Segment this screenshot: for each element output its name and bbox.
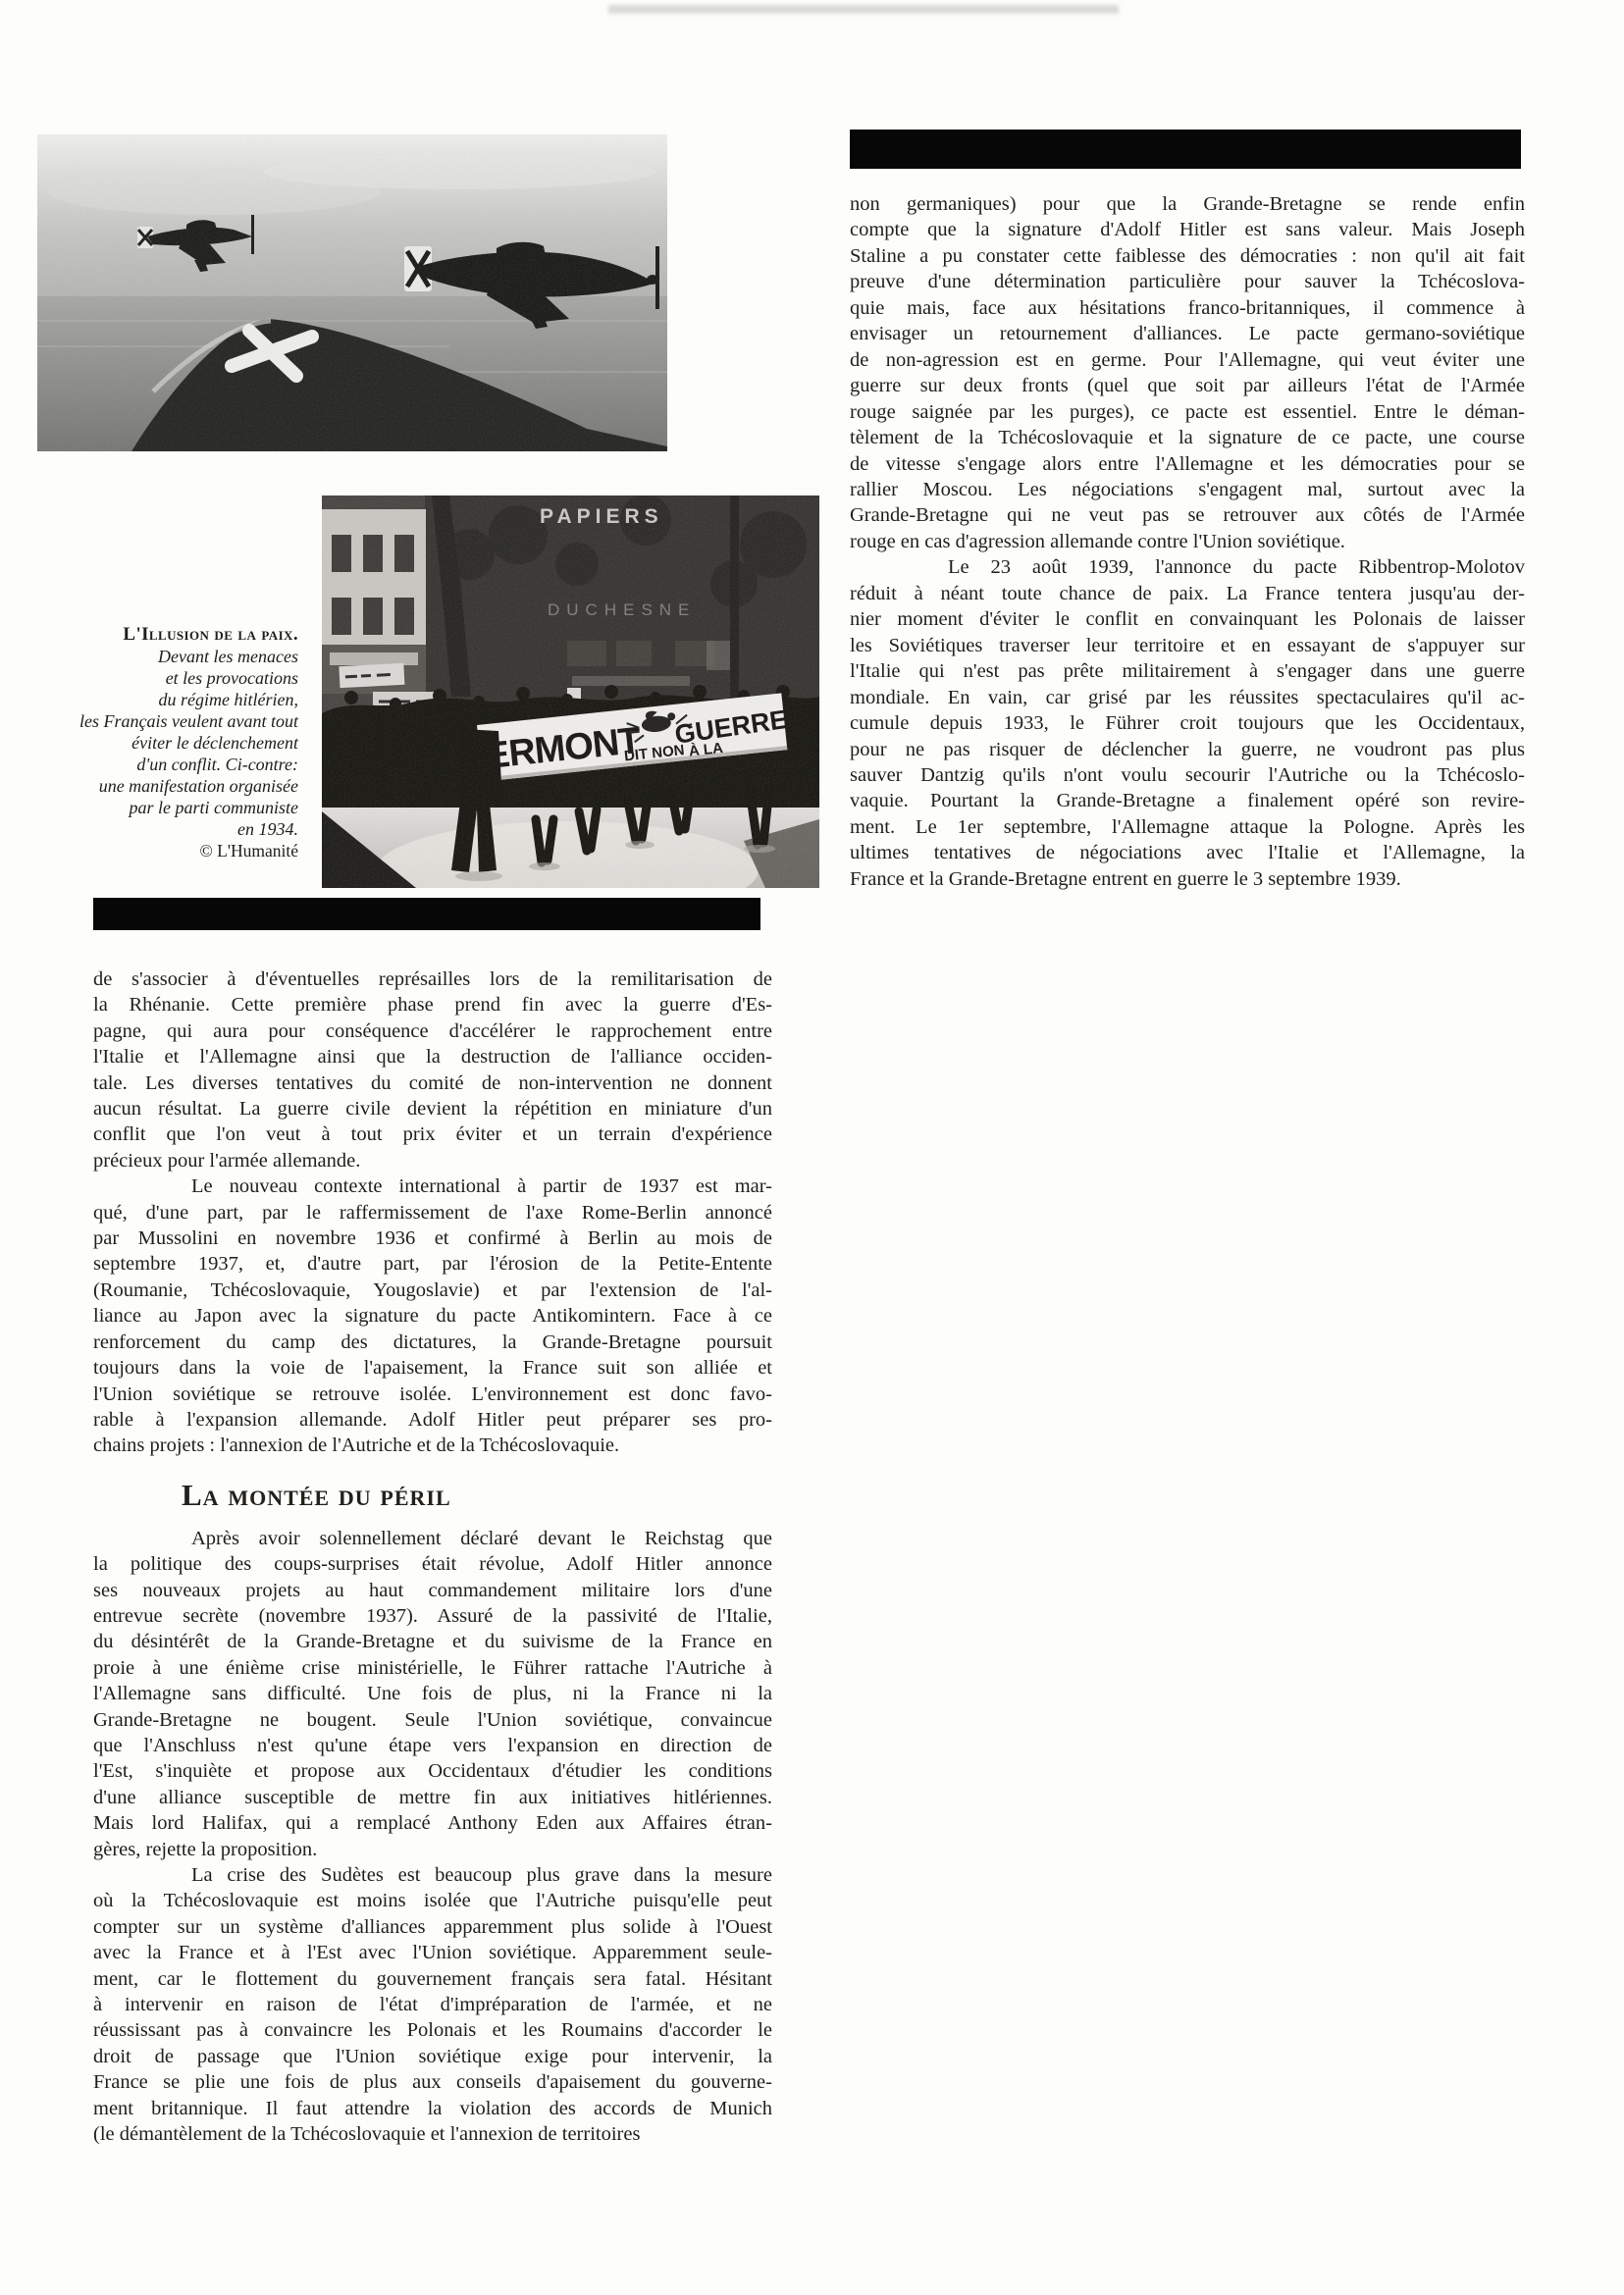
text-line: une manifestation organisée: [37, 775, 298, 797]
text-line: non germaniques) pour que la Grande-Bret…: [850, 191, 1525, 217]
paragraph: Le nouveau contexte international à part…: [93, 1174, 772, 1458]
scanned-book-page: L'Illusion de la paix. Devant les menace…: [0, 0, 1624, 2295]
text-line: ultimes tentatives de négociations avec …: [850, 840, 1525, 865]
text-line: du régime hitlérien,: [37, 689, 298, 710]
text-line: quie mais, face aux hésitations franco-b…: [850, 295, 1525, 321]
text-line: compter sur un système d'alliances appar…: [93, 1914, 772, 1940]
text-line: les Soviétiques traverser leur territoir…: [850, 633, 1525, 658]
paragraph: La crise des Sudètes est beaucoup plus g…: [93, 1862, 772, 2147]
photo-condor-legion-planes: [37, 134, 667, 451]
text-line: preuve d'une détermination particulière …: [850, 269, 1525, 294]
text-line: chains projets : l'annexion de l'Autrich…: [93, 1433, 772, 1458]
text-line: Staline a pu constater cette faiblesse d…: [850, 243, 1525, 269]
text-line: éviter le déclenchement: [37, 732, 298, 754]
text-line: La crise des Sudètes est beaucoup plus g…: [93, 1862, 772, 1888]
text-line: France et la Grande-Bretagne entrent en …: [850, 866, 1525, 892]
demonstration-photo-illustration: PAPIERS DUCHESNE: [322, 496, 819, 888]
text-line: et les provocations: [37, 667, 298, 689]
text-line: par Mussolini en novembre 1936 et confir…: [93, 1226, 772, 1251]
text-line: précieux pour l'armée allemande.: [93, 1148, 772, 1174]
text-line: de vitesse s'engage alors entre l'Allema…: [850, 451, 1525, 477]
text-line: de s'associer à d'éventuelles représaill…: [93, 966, 772, 992]
text-line: la politique des coups-surprises était r…: [93, 1551, 772, 1577]
text-line: vaquie. Pourtant la Grande-Bretagne a fi…: [850, 788, 1525, 813]
section-heading: La montée du péril: [182, 1479, 772, 1512]
section-rule-left: [93, 898, 760, 930]
text-line: par le parti communiste: [37, 797, 298, 818]
photo-antiwar-demonstration: PAPIERS DUCHESNE: [322, 496, 819, 888]
text-line: liance au Japon avec la signature du pac…: [93, 1303, 772, 1329]
text-line: en 1934.: [37, 818, 298, 840]
paragraph: Après avoir solennellement déclaré devan…: [93, 1526, 772, 1862]
text-line: réussissant pas à convaincre les Polonai…: [93, 2017, 772, 2043]
text-line: (Roumanie, Tchécoslovaquie, Yougoslavie)…: [93, 1278, 772, 1303]
section-rule-right: [850, 130, 1521, 169]
text-line: de non-agression est en germe. Pour l'Al…: [850, 347, 1525, 373]
planes-photo-illustration: [37, 134, 667, 451]
text-line: l'Union soviétique se retrouve isolée. L…: [93, 1382, 772, 1407]
text-line: Grande-Bretagne qui ne veut pas se retro…: [850, 502, 1525, 528]
text-line: ment. Le 1er septembre, l'Allemagne atta…: [850, 814, 1525, 840]
paragraph: de s'associer à d'éventuelles représaill…: [93, 966, 772, 1174]
text-line: les Français veulent avant tout: [37, 710, 298, 732]
text-line: mondiale. En vain, car grisé par les réu…: [850, 685, 1525, 710]
text-line: ment britannique. Il faut attendre la vi…: [93, 2096, 772, 2121]
text-line: l'Italie et l'Allemagne ainsi que la des…: [93, 1044, 772, 1069]
text-line: d'un conflit. Ci-contre:: [37, 754, 298, 775]
text-line: Le nouveau contexte international à part…: [93, 1174, 772, 1199]
text-line: Après avoir solennellement déclaré devan…: [93, 1526, 772, 1551]
text-line: l'Est, s'inquiète et propose aux Occiden…: [93, 1758, 772, 1784]
scan-smudge: [608, 5, 1119, 14]
text-line: avec la France et à l'Est avec l'Union s…: [93, 1940, 772, 1965]
text-line: aucun résultat. La guerre civile devient…: [93, 1096, 772, 1121]
text-line: l'Italie qui n'est pas prête militaireme…: [850, 658, 1525, 684]
text-line: ment, car le flottement du gouvernement …: [93, 1966, 772, 1992]
text-line: Mais lord Halifax, qui a remplacé Anthon…: [93, 1810, 772, 1836]
text-line: nier moment d'éviter le conflit en conva…: [850, 606, 1525, 632]
text-line: compte que la signature d'Adolf Hitler e…: [850, 217, 1525, 242]
text-line: envisager un retournement d'alliances. L…: [850, 321, 1525, 346]
caption-title: L'Illusion de la paix.: [37, 624, 298, 646]
text-line: Le 23 août 1939, l'annonce du pacte Ribb…: [850, 554, 1525, 580]
text-line: cumule depuis 1933, le Führer croit touj…: [850, 710, 1525, 736]
text-line: pour ne pas risquer de déclencher la gue…: [850, 737, 1525, 762]
text-line: rouge en cas d'agression allemande contr…: [850, 529, 1525, 554]
text-line: renforcement du camp des dictatures, la …: [93, 1330, 772, 1355]
text-line: (le démantèlement de la Tchécoslovaquie …: [93, 2121, 772, 2147]
text-line: à intervenir en raison de l'état d'impré…: [93, 1992, 772, 2017]
text-line: toujours dans la voie de l'apaisement, l…: [93, 1355, 772, 1381]
text-line: proie à une énième crise ministérielle, …: [93, 1655, 772, 1681]
text-line: que l'Anschluss n'est qu'une étape vers …: [93, 1733, 772, 1758]
paragraph: non germaniques) pour que la Grande-Bret…: [850, 191, 1525, 554]
text-line: sauver Dantzig qu'ils n'ont voulu secour…: [850, 762, 1525, 788]
text-line: rallier Moscou. Les négociations s'engag…: [850, 477, 1525, 502]
right-column: non germaniques) pour que la Grande-Bret…: [850, 191, 1525, 892]
text-line: septembre 1937, et, d'autre part, par l'…: [93, 1251, 772, 1277]
text-line: entrevue secrète (novembre 1937). Assuré…: [93, 1603, 772, 1629]
caption-credit: © L'Humanité: [37, 840, 298, 861]
text-line: tale. Les diverses tentatives du comité …: [93, 1070, 772, 1096]
text-line: ses nouveaux projets au haut commandemen…: [93, 1578, 772, 1603]
caption-body: Devant les menaceset les provocationsdu …: [37, 646, 298, 840]
text-line: réduit à néant toute chance de paix. La …: [850, 581, 1525, 606]
text-line: Devant les menaces: [37, 646, 298, 667]
text-line: rouge saignée par les purges), ce pacte …: [850, 399, 1525, 425]
text-line: où la Tchécoslovaquie est moins isolée q…: [93, 1888, 772, 1913]
text-line: la Rhénanie. Cette première phase prend …: [93, 992, 772, 1017]
text-line: Grande-Bretagne ne bougent. Seule l'Unio…: [93, 1707, 772, 1733]
text-line: France se plie une fois de plus aux cons…: [93, 2069, 772, 2095]
text-line: l'Allemagne sans difficulté. Une fois de…: [93, 1681, 772, 1706]
text-line: d'une alliance susceptible de mettre fin…: [93, 1785, 772, 1810]
text-line: droit de passage que l'Union soviétique …: [93, 2044, 772, 2069]
text-line: tèlement de la Tchécoslovaquie et la sig…: [850, 425, 1525, 450]
left-column: de s'associer à d'éventuelles représaill…: [93, 966, 772, 2147]
paragraph: Le 23 août 1939, l'annonce du pacte Ribb…: [850, 554, 1525, 892]
text-line: guerre sur deux fronts (quel que soit pa…: [850, 373, 1525, 398]
photo-caption: L'Illusion de la paix. Devant les menace…: [37, 624, 298, 861]
text-line: du désintérêt de la Grande-Bretagne et d…: [93, 1629, 772, 1654]
text-line: conflit que l'on veut à tout prix éviter…: [93, 1121, 772, 1147]
text-line: pagne, qui aura pour conséquence d'accél…: [93, 1018, 772, 1044]
text-line: rable à l'expansion allemande. Adolf Hit…: [93, 1407, 772, 1433]
text-line: gères, rejette la proposition.: [93, 1837, 772, 1862]
text-line: qué, d'une part, par le raffermissement …: [93, 1200, 772, 1226]
